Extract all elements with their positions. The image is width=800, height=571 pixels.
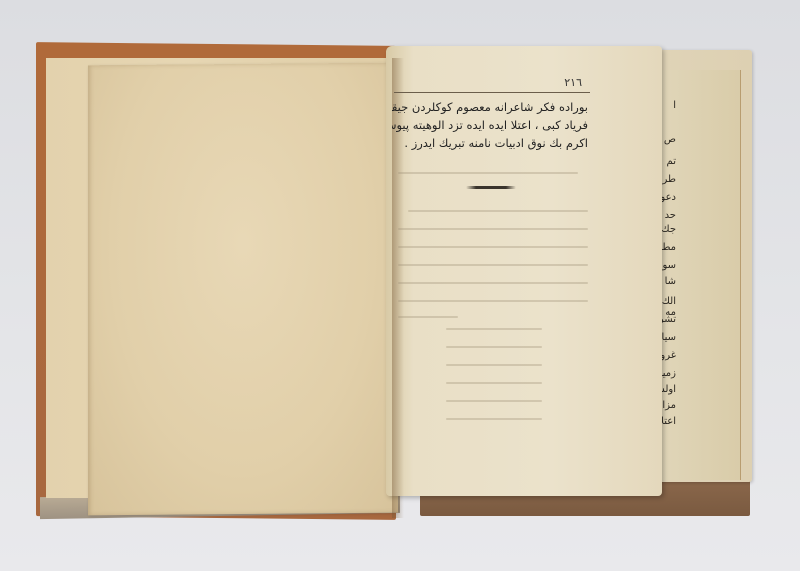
text-line: اكرم بك نوقِ ادبيات نامنه تبريك ايدرز . (392, 136, 588, 150)
faded-verse-block (446, 326, 546, 430)
left-blank-page (88, 63, 398, 516)
page-number: ٢١٦ (532, 76, 582, 89)
text-line: فرياد كبى ، اعتلا ايده ايده تزد الوهيته … (392, 118, 588, 132)
faded-text-block (398, 170, 588, 320)
text-line: بوراده فكر شاعرانه معصوم كوكلردن جيقان (392, 100, 588, 114)
header-rule (394, 92, 590, 93)
